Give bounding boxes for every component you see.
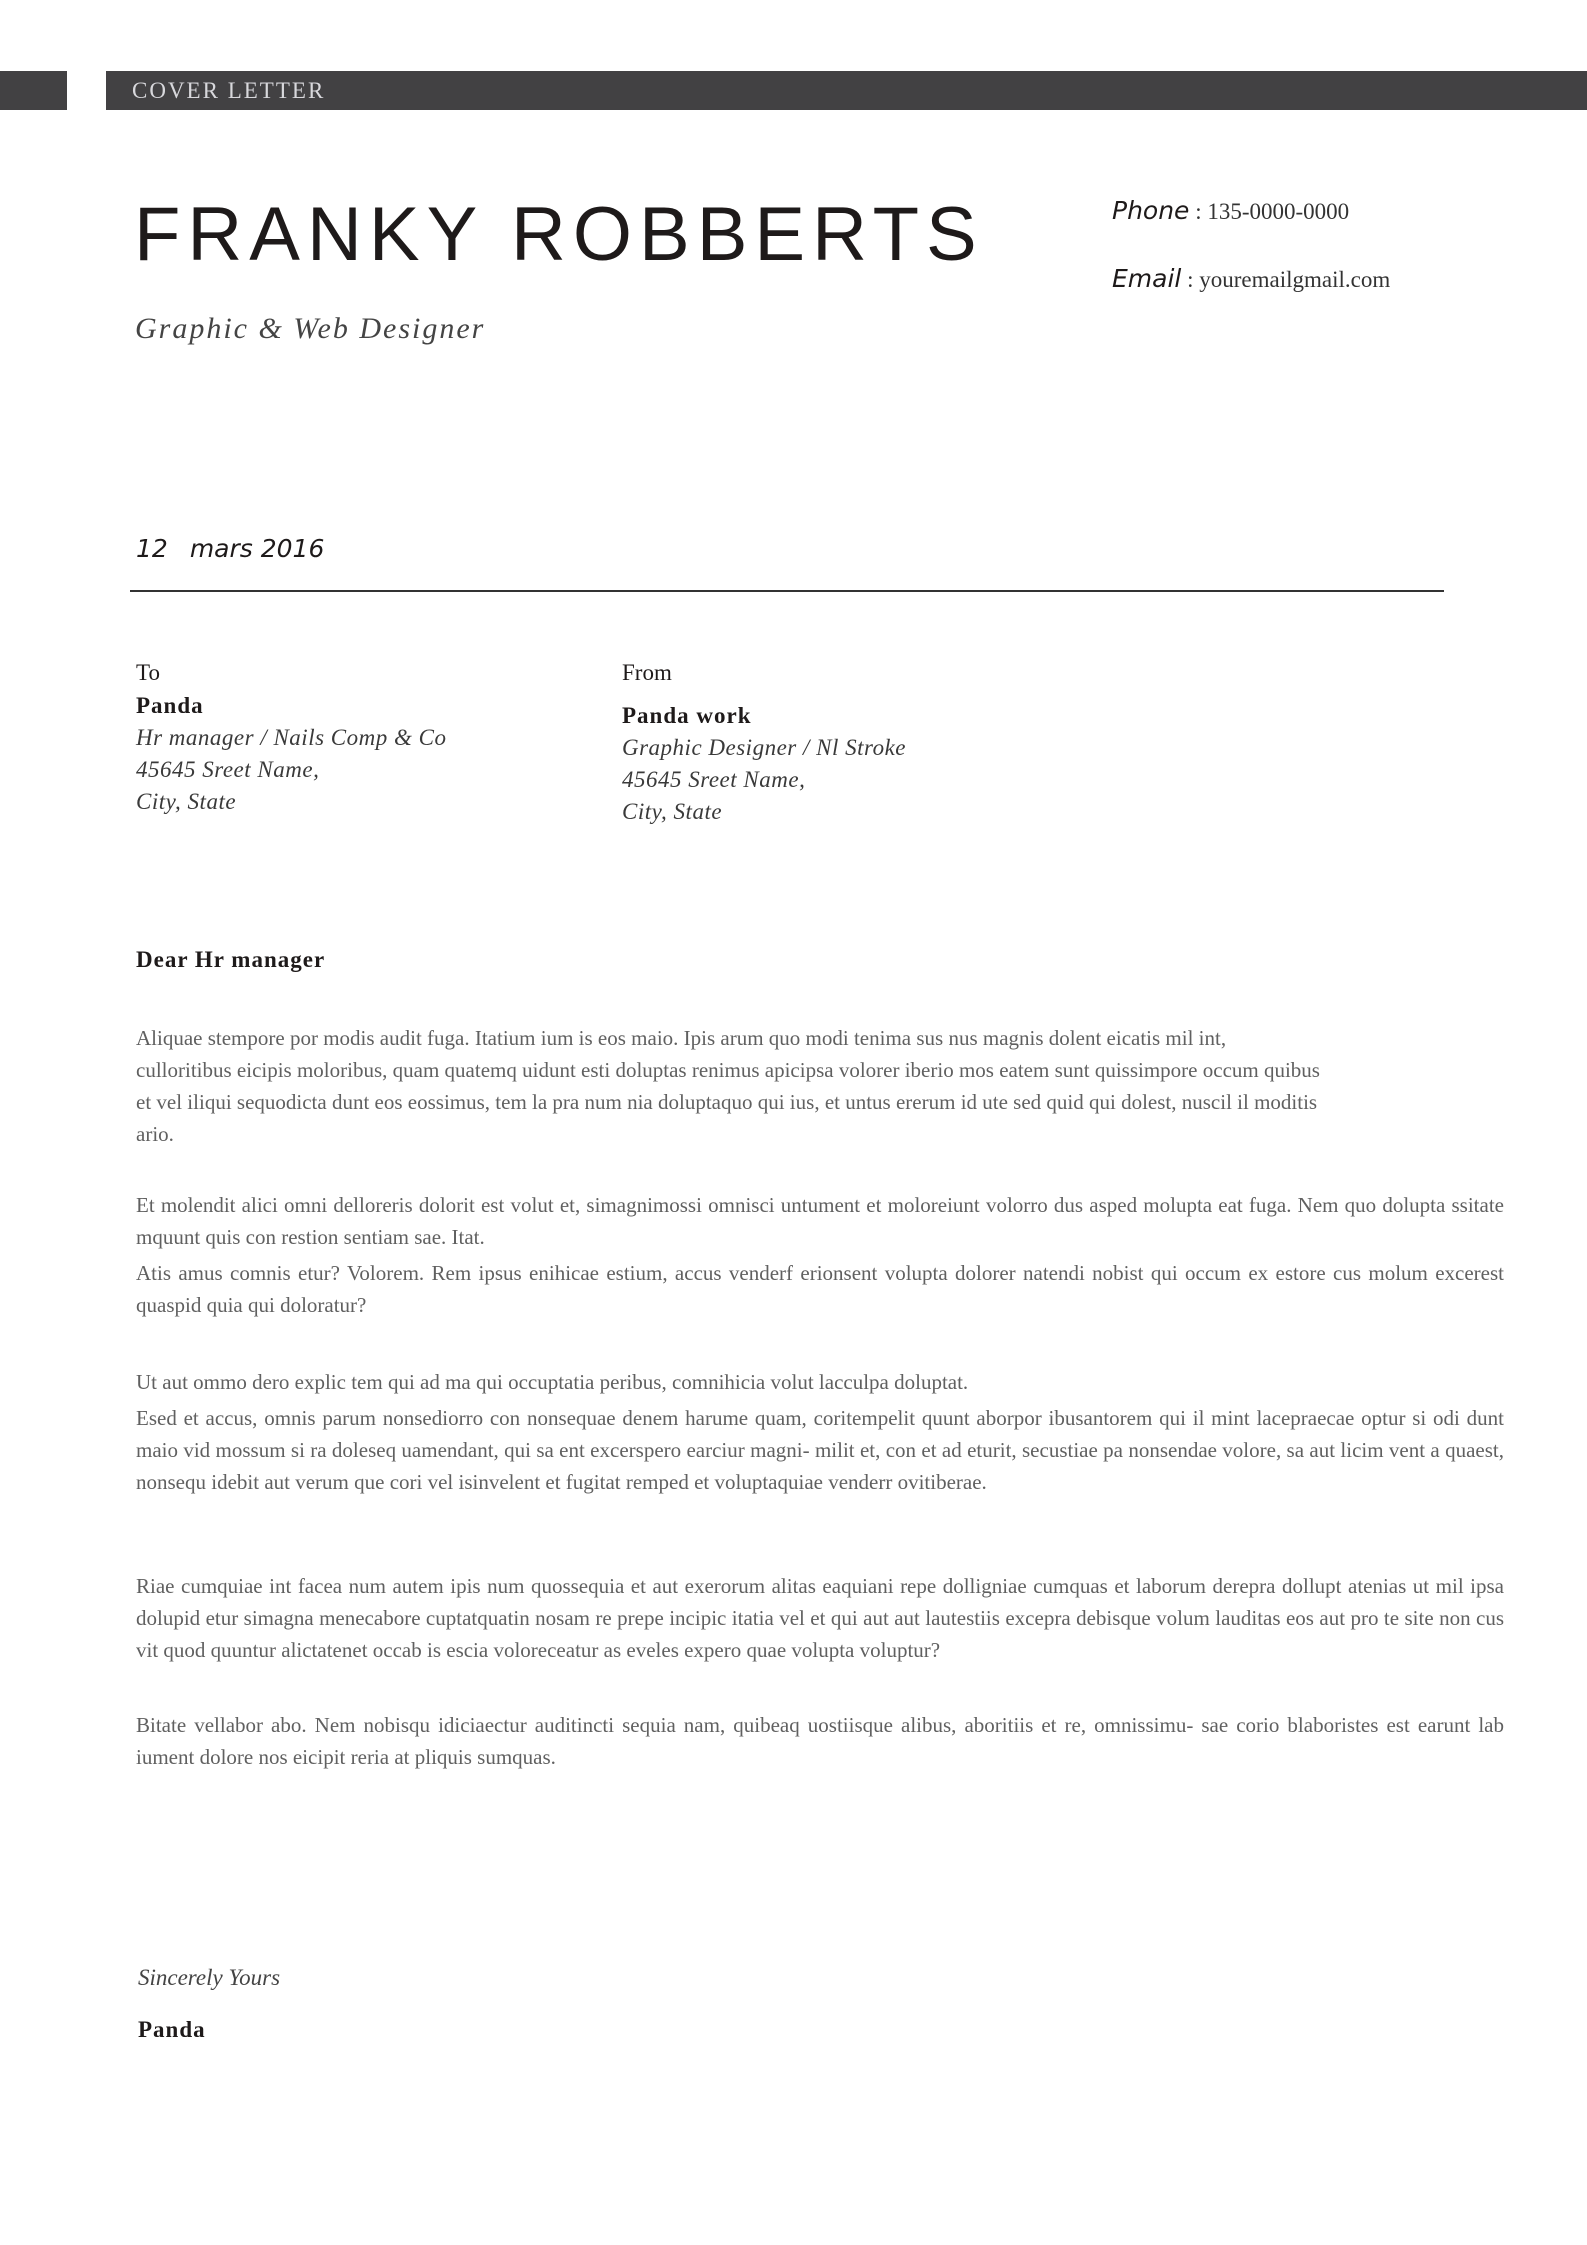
phone-separator: :	[1189, 199, 1207, 224]
document-type-label: COVER LETTER	[132, 78, 325, 104]
phone-label: Phone	[1112, 196, 1189, 225]
letter-signature: Panda	[138, 2015, 206, 2045]
paragraph-text: Bitate vellabor abo. Nem nobisqu idiciae…	[136, 1709, 1504, 1773]
applicant-name: FRANKY ROBBERTS	[134, 192, 984, 278]
recipient-block: To Panda Hr manager / Nails Comp & Co 45…	[136, 657, 446, 818]
recipient-city: City, State	[136, 786, 446, 818]
header-divider	[130, 590, 1444, 592]
header-accent-block	[0, 71, 67, 110]
paragraph-text: Ut aut ommo dero explic tem qui ad ma qu…	[136, 1366, 1504, 1398]
body-paragraph-4: Riae cumquiae int facea num autem ipis n…	[136, 1570, 1504, 1666]
sender-block: From Panda work Graphic Designer / Nl St…	[622, 657, 906, 828]
sender-street: 45645 Sreet Name,	[622, 764, 906, 796]
paragraph-text: Et molendit alici omni delloreris dolori…	[136, 1189, 1504, 1253]
paragraph-text: Esed et accus, omnis parum nonsediorro c…	[136, 1402, 1504, 1498]
header-bar: COVER LETTER	[106, 71, 1587, 110]
body-paragraph-2: Et molendit alici omni delloreris dolori…	[136, 1189, 1504, 1321]
contact-email: Email : youremailgmail.com	[1112, 264, 1390, 295]
sender-name: Panda work	[622, 700, 906, 732]
phone-value: 135-0000-0000	[1207, 199, 1349, 224]
date-month-year: mars 2016	[190, 534, 325, 563]
paragraph-text: Riae cumquiae int facea num autem ipis n…	[136, 1570, 1504, 1666]
applicant-role: Graphic & Web Designer	[135, 311, 485, 347]
date-day: 12	[136, 534, 168, 563]
contact-phone: Phone : 135-0000-0000	[1112, 196, 1349, 227]
body-paragraph-5: Bitate vellabor abo. Nem nobisqu idiciae…	[136, 1709, 1504, 1773]
email-label: Email	[1112, 264, 1181, 293]
letter-greeting: Dear Hr manager	[136, 945, 325, 975]
sender-position: Graphic Designer / Nl Stroke	[622, 732, 906, 764]
recipient-name: Panda	[136, 690, 446, 722]
paragraph-text: Aliquae stempore por modis audit fuga. I…	[136, 1022, 1326, 1150]
sender-city: City, State	[622, 796, 906, 828]
body-paragraph-1: Aliquae stempore por modis audit fuga. I…	[136, 1022, 1326, 1150]
paragraph-text: Atis amus comnis etur? Volorem. Rem ipsu…	[136, 1257, 1504, 1321]
letter-closing: Sincerely Yours	[138, 1963, 280, 1993]
recipient-street: 45645 Sreet Name,	[136, 754, 446, 786]
email-value: youremailgmail.com	[1199, 267, 1390, 292]
recipient-position: Hr manager / Nails Comp & Co	[136, 722, 446, 754]
email-separator: :	[1181, 267, 1199, 292]
recipient-heading: To	[136, 657, 446, 689]
sender-heading: From	[622, 657, 906, 689]
letter-date: 12mars 2016	[136, 534, 324, 564]
body-paragraph-3: Ut aut ommo dero explic tem qui ad ma qu…	[136, 1366, 1504, 1498]
